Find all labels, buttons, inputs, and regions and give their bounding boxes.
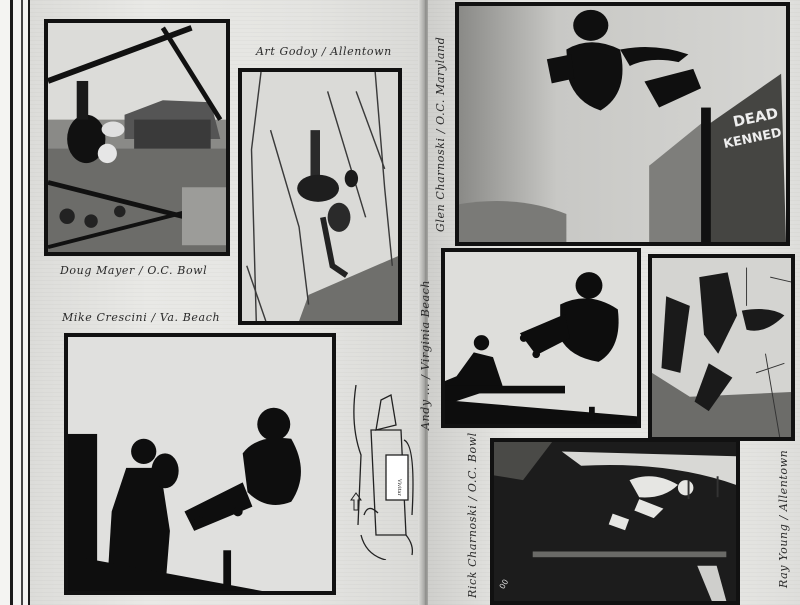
photo-image <box>48 23 226 252</box>
camera-drawing: Vivitar <box>346 385 416 560</box>
photo-rick-charnoski: 00 <box>490 438 740 605</box>
photo-image <box>445 252 637 424</box>
binding-line <box>10 0 13 605</box>
caption-art-godoy: Art Godoy / Allentown <box>256 45 392 58</box>
camera-brand-label: Vivitar <box>396 478 402 497</box>
page-edge <box>0 0 30 605</box>
photo-image: DEAD KENNED <box>459 6 786 242</box>
photo-glen-charnoski: DEAD KENNED <box>455 2 790 246</box>
photo-art-godoy <box>238 68 402 325</box>
caption-virginia-beach: Andy ... / Virginia Beach <box>419 280 432 430</box>
camera-illustration: Vivitar <box>346 385 416 560</box>
photo-image: 00 <box>494 442 736 601</box>
caption-rick-charnoski: Rick Charnoski / O.C. Bowl <box>466 432 479 598</box>
photo-virginia-beach <box>441 248 641 428</box>
photo-image <box>242 72 398 321</box>
zine-spread: Doug Mayer / O.C. Bowl Art Godoy / Allen… <box>0 0 800 605</box>
caption-glen-charnoski: Glen Charnoski / O.C. Maryland <box>434 37 447 232</box>
caption-ray-young: Ray Young / Allentown <box>777 450 790 588</box>
photo-image <box>68 337 332 591</box>
photo-doug-mayer <box>44 19 230 256</box>
caption-doug-mayer: Doug Mayer / O.C. Bowl <box>60 264 207 277</box>
photo-ray-young <box>648 254 795 441</box>
photo-mike-crescini <box>64 333 336 595</box>
caption-mike-crescini: Mike Crescini / Va. Beach <box>62 311 220 324</box>
binding-line <box>21 0 23 605</box>
photo-image <box>652 258 791 437</box>
